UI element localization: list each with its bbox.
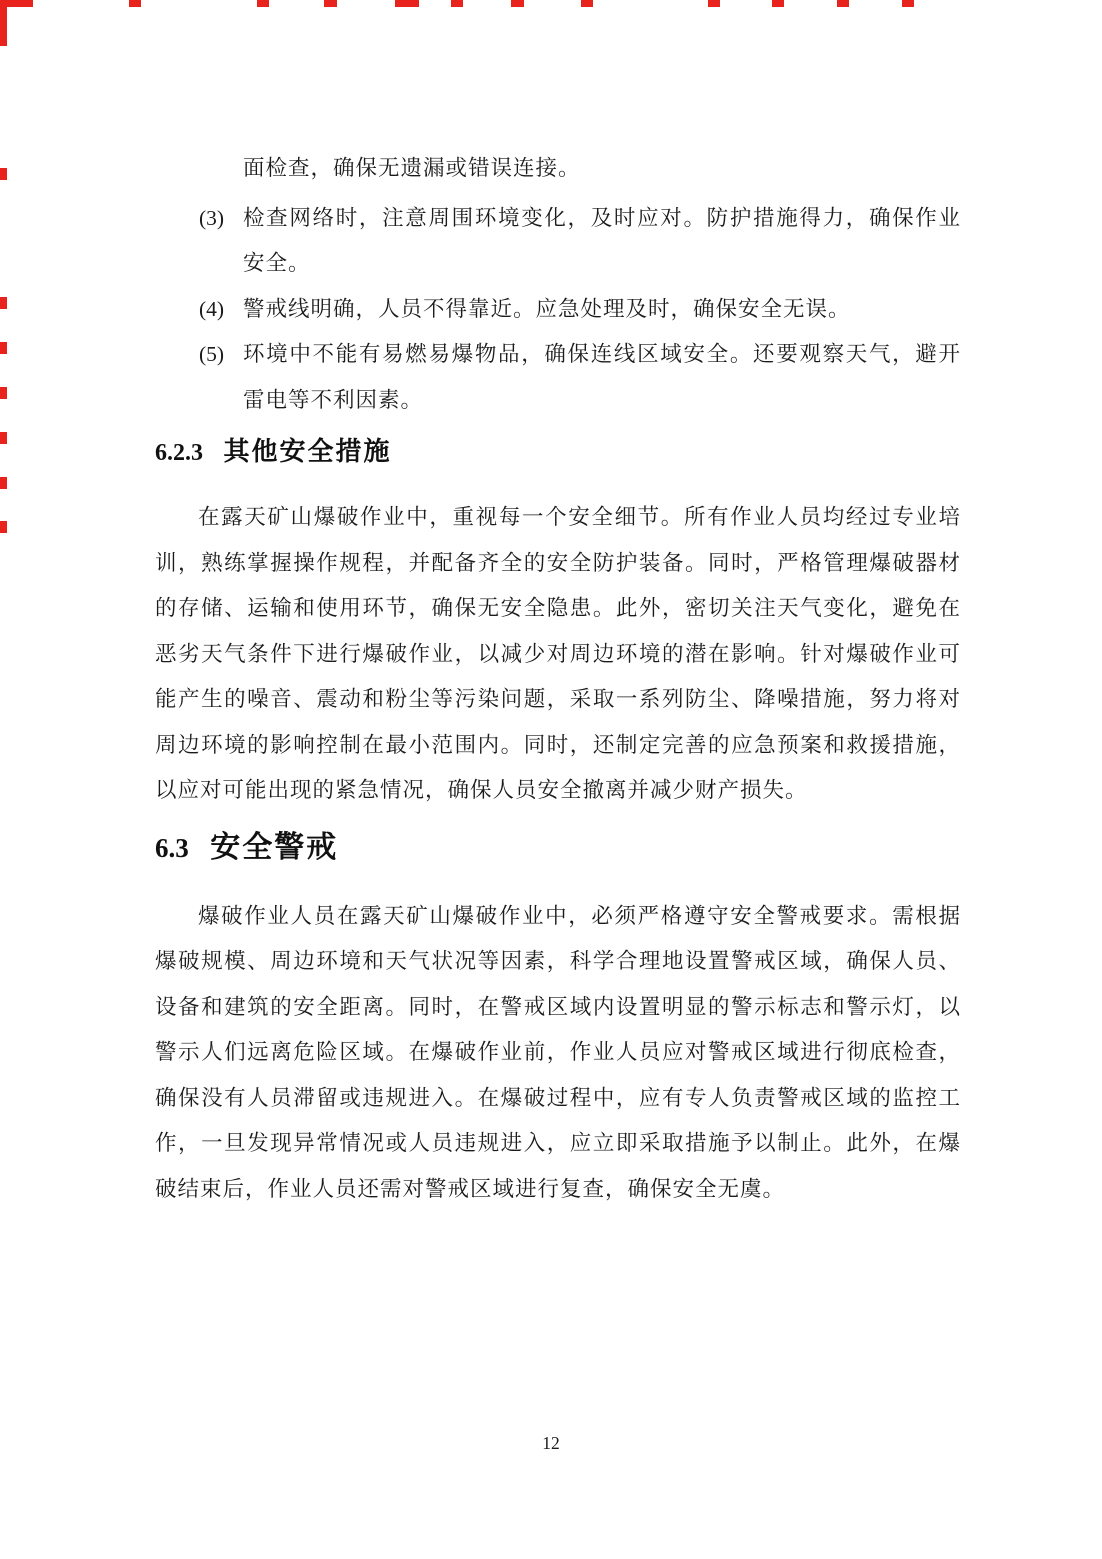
section-title-6-2-3: 其他安全措施	[224, 436, 392, 466]
edge-mark-top	[772, 0, 784, 7]
list-text-3: 检查网络时，注意周围环境变化，及时应对。防护措施得力，确保作业安全。	[243, 206, 961, 276]
edge-mark-top	[511, 0, 524, 7]
edge-mark-left	[0, 477, 7, 489]
edge-mark-left	[0, 342, 7, 354]
edge-mark-left	[0, 297, 7, 309]
edge-mark-top	[708, 0, 720, 7]
section-paragraph-6-2-3: 在露天矿山爆破作业中，重视每一个安全细节。所有作业人员均经过专业培训，熟练掌握操…	[155, 495, 961, 814]
list-item-4: (4) 警戒线明确，人员不得靠近。应急处理及时，确保安全无误。	[155, 287, 961, 333]
edge-mark-top	[257, 0, 269, 7]
edge-mark-top	[902, 0, 914, 7]
continuation-text: 面检查，确保无遗漏或错误连接。	[155, 146, 961, 192]
edge-mark-top	[837, 0, 849, 7]
edge-mark-top	[0, 0, 33, 7]
list-marker-5: (5)	[199, 332, 224, 378]
list-text-5: 环境中不能有易燃易爆物品，确保连线区域安全。还要观察天气，避开雷电等不利因素。	[243, 342, 961, 412]
section-paragraph-6-3: 爆破作业人员在露天矿山爆破作业中，必须严格遵守安全警戒要求。需根据爆破规模、周边…	[155, 894, 961, 1213]
edge-mark-top	[129, 0, 141, 7]
list-marker-4: (4)	[199, 287, 224, 333]
edge-mark-top	[395, 0, 419, 7]
section-heading-6-3: 6.3 安全警戒	[155, 826, 961, 870]
list-item-5: (5) 环境中不能有易燃易爆物品，确保连线区域安全。还要观察天气，避开雷电等不利…	[155, 332, 961, 423]
section-title-6-3: 安全警戒	[210, 831, 338, 864]
page-content: 面检查，确保无遗漏或错误连接。 (3) 检查网络时，注意周围环境变化，及时应对。…	[155, 146, 961, 1212]
section-number-6-2-3: 6.2.3	[155, 440, 203, 466]
list-item-3: (3) 检查网络时，注意周围环境变化，及时应对。防护措施得力，确保作业安全。	[155, 196, 961, 287]
edge-mark-left	[0, 521, 7, 533]
list-text-4: 警戒线明确，人员不得靠近。应急处理及时，确保安全无误。	[243, 297, 851, 321]
edge-mark-left	[0, 168, 7, 180]
edge-mark-top	[581, 0, 593, 7]
section-number-6-3: 6.3	[155, 833, 189, 863]
edge-mark-left	[0, 387, 7, 399]
edge-mark-left	[0, 0, 7, 46]
list-marker-3: (3)	[199, 196, 224, 242]
page-number: 12	[0, 1432, 1102, 1454]
document-page: 面检查，确保无遗漏或错误连接。 (3) 检查网络时，注意周围环境变化，及时应对。…	[0, 0, 1102, 1559]
edge-mark-top	[451, 0, 463, 7]
edge-mark-top	[324, 0, 337, 7]
section-heading-6-2-3: 6.2.3 其他安全措施	[155, 432, 961, 472]
edge-mark-left	[0, 432, 7, 444]
